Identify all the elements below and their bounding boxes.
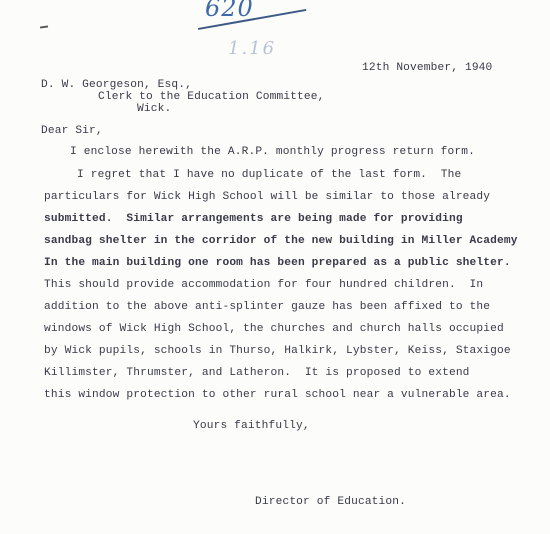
signatory-title: Director of Education.: [255, 495, 406, 509]
body-line: addition to the above anti-splinter gauz…: [44, 300, 490, 314]
body-line: sandbag shelter in the corridor of the n…: [44, 234, 518, 248]
body-line: by Wick pupils, schools in Thurso, Halki…: [44, 344, 511, 358]
salutation: Dear Sir,: [41, 124, 103, 138]
letter-date: 12th November, 1940: [362, 61, 492, 75]
body-line: Killimster, Thrumster, and Latheron. It …: [44, 366, 470, 380]
body-line: I enclose herewith the A.R.P. monthly pr…: [70, 145, 475, 159]
body-line: submitted. Similar arrangements are bein…: [44, 212, 463, 226]
body-line: I regret that I have no duplicate of the…: [77, 168, 461, 182]
addressee-title: Clerk to the Education Committee,: [98, 90, 325, 104]
closing: Yours faithfully,: [193, 419, 310, 433]
body-line: particulars for Wick High School will be…: [44, 190, 490, 204]
body-line: windows of Wick High School, the churche…: [44, 322, 504, 336]
addressee-place: Wick.: [137, 102, 171, 116]
letter-page: 620 1.16 12th November, 1940 D. W. Georg…: [0, 0, 550, 534]
body-line: This should provide accommodation for fo…: [44, 278, 483, 292]
body-line: In the main building one room has been p…: [44, 256, 511, 270]
body-line: this window protection to other rural sc…: [44, 388, 511, 402]
margin-mark: [40, 25, 48, 28]
handwritten-reference-bottom: 1.16: [228, 38, 276, 59]
